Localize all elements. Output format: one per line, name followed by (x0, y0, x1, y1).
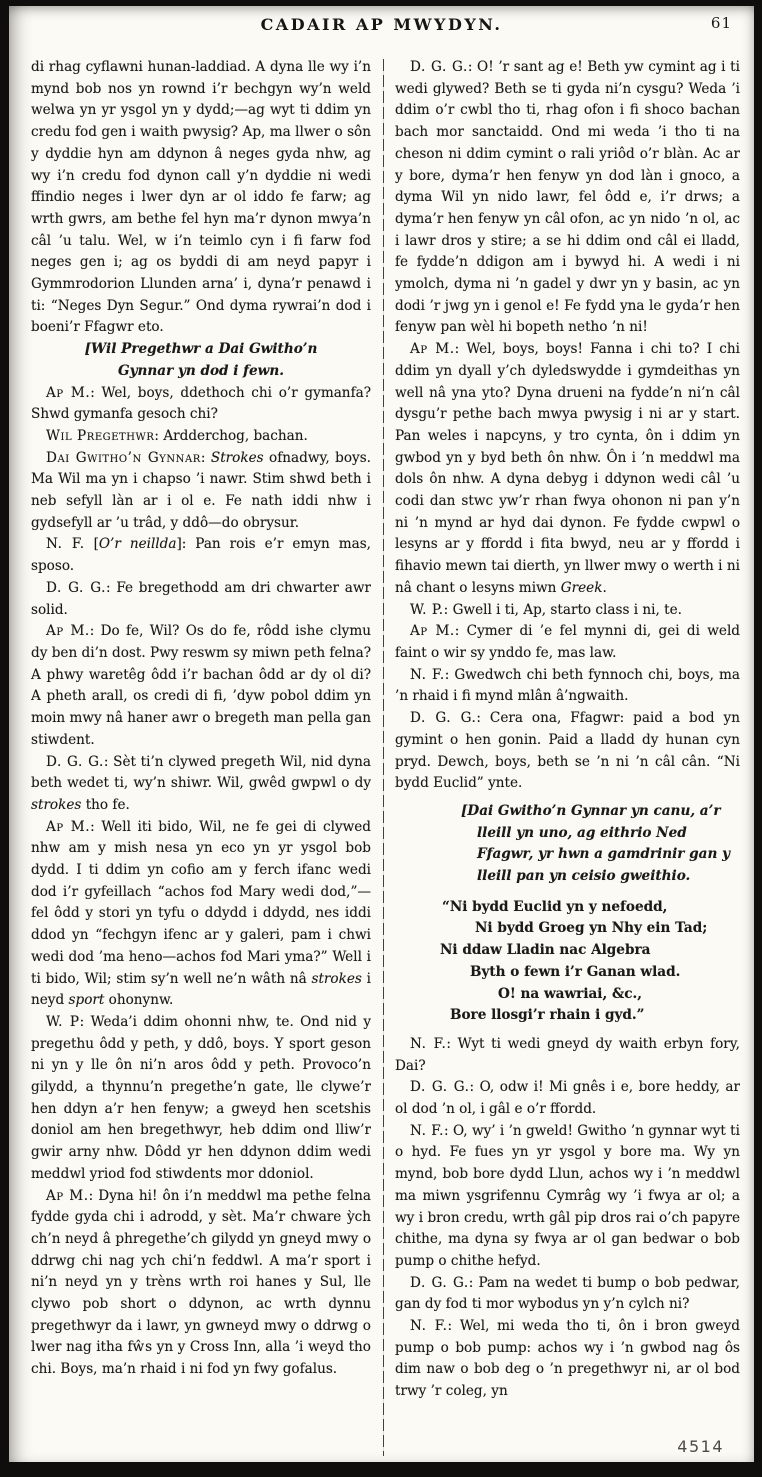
speaker-label: N. F. (410, 1318, 447, 1334)
dialogue-paragraph: D. G. G.: Cera ona, Ffagwr: paid a bod y… (395, 708, 740, 795)
speaker-label: Ap M. (410, 623, 455, 639)
page-title: CADAIR AP MWYDYN. (9, 15, 754, 34)
dialogue-paragraph: N. F.: Wel, mi weda tho ti, ôn i bron gw… (395, 1316, 740, 1403)
page-number: 61 (711, 14, 732, 32)
speaker-label: D. G. G. (410, 710, 476, 726)
speaker-label: Dai Gwitho’n Gynnar (46, 450, 201, 466)
dialogue-text: : Do fe, Wil? Os do fe, rôdd ishe clymu … (31, 623, 371, 748)
speaker-label: W. P (46, 1014, 80, 1030)
speaker-label: D. G. G. (410, 1079, 470, 1095)
speaker-label: Ap M. (46, 385, 90, 401)
scanned-page-background: CADAIR AP MWYDYN. 61 di rhag cyflawni hu… (0, 0, 762, 1477)
speaker-label: W. P. (410, 602, 444, 618)
dialogue-paragraph: D. G. G.: Pam na wedet ti bump o bob ped… (395, 1273, 740, 1316)
dialogue-text: : O! ’r sant ag e! Beth yw cymint ag i t… (395, 59, 740, 335)
speaker-label: N. F. (410, 667, 445, 683)
speaker-label: D. G. G. (46, 754, 104, 770)
dialogue-text: : Weda’i ddim ohonni nhw, te. Ond nid y … (31, 1014, 371, 1182)
verse-line: Ni bydd Groeg yn Nhy ein Tad; (435, 918, 740, 940)
dialogue-paragraph: Ap M.: Dyna hi! ôn i’n meddwl ma pethe f… (31, 1186, 371, 1381)
speaker-label: Ap M. (46, 819, 90, 835)
verse-line: Ni ddaw Lladin nac Algebra (435, 940, 740, 962)
dialogue-text: : Dyna hi! ôn i’n meddwl ma pethe felna … (31, 1188, 371, 1378)
dialogue-paragraph: Ap M.: Well iti bido, Wil, ne fe gei di … (31, 817, 371, 1012)
speaker-label: Ap M. (410, 341, 455, 357)
dialogue-paragraph: N. F. [O’r neillda]: Pan rois e’r emyn m… (31, 534, 371, 577)
page-header: CADAIR AP MWYDYN. 61 (9, 6, 754, 51)
continuation-paragraph: di rhag cyflawni hunan-laddiad. A dyna l… (31, 57, 371, 339)
stage-direction: [Dai Gwitho’n Gynnar yn canu, a’r lleill… (395, 801, 740, 888)
verse-line: “Ni bydd Euclid yn y nefoedd, (435, 897, 740, 919)
left-column: di rhag cyflawni hunan-laddiad. A dyna l… (31, 57, 371, 1462)
dialogue-paragraph: Ap M.: Wel, boys, boys! Fanna i chi to? … (395, 339, 740, 599)
dialogue-text: : Wel, boys, boys! Fanna i chi to? I chi… (395, 341, 740, 596)
verse-line: Byth o fewn i’r Ganan wlad. (435, 962, 740, 984)
text-columns: di rhag cyflawni hunan-laddiad. A dyna l… (9, 51, 754, 1462)
dialogue-paragraph: D. G. G.: O! ’r sant ag e! Beth yw cymin… (395, 57, 740, 339)
dialogue-paragraph: Ap M.: Cymer di ’e fel mynni di, gei di … (395, 621, 740, 664)
dialogue-text: : O, wy’ i ’n gweld! Gwitho ’n gynnar wy… (395, 1123, 740, 1269)
speaker-label: D. G. G. (410, 1275, 469, 1291)
dialogue-paragraph: N. F.: Wyt ti wedi gneyd dy waith erbyn … (395, 1034, 740, 1077)
stage-direction: [Wil Pregethwr a Dai Gwitho’n Gynnar yn … (31, 339, 371, 382)
dialogue-paragraph: W. P: Weda’i ddim ohonni nhw, te. Ond ni… (31, 1012, 371, 1186)
speaker-label: Ap M. (46, 1188, 89, 1204)
speaker-label: N. F. (46, 536, 85, 552)
right-column: D. G. G.: O! ’r sant ag e! Beth yw cymin… (395, 57, 740, 1462)
verse: “Ni bydd Euclid yn y nefoedd, Ni bydd Gr… (435, 897, 740, 1027)
dialogue-text: : Gwell i ti, Ap, starto class i ni, te. (444, 602, 682, 618)
dialogue-paragraph: W. P.: Gwell i ti, Ap, starto class i ni… (395, 600, 740, 622)
dialogue-paragraph: Ap M.: Wel, boys, ddethoch chi o’r gyman… (31, 383, 371, 426)
dialogue-paragraph: D. G. G.: Sèt ti’n clywed pregeth Wil, n… (31, 752, 371, 817)
document-page: CADAIR AP MWYDYN. 61 di rhag cyflawni hu… (9, 6, 754, 1462)
speaker-label: N. F. (410, 1036, 446, 1052)
dialogue-paragraph: Dai Gwitho’n Gynnar: Strokes ofnadwy, bo… (31, 448, 371, 535)
scan-number: 4514 (677, 1437, 724, 1456)
speaker-label: N. F. (410, 1123, 444, 1139)
dialogue-paragraph: D. G. G.: O, odw i! Mi gnês i e, bore he… (395, 1077, 740, 1120)
column-divider (383, 59, 384, 1456)
dialogue-paragraph: N. F.: Gwedwch chi beth fynnoch chi, boy… (395, 665, 740, 708)
verse-line: Bore llosgi’r rhain i gyd.” (435, 1005, 740, 1027)
speaker-label: D. G. G. (410, 59, 468, 75)
dialogue-text: : Wyt ti wedi gneyd dy waith erbyn fory,… (395, 1036, 740, 1074)
dialogue-text: : Gwedwch chi beth fynnoch chi, boys, ma… (395, 667, 740, 705)
dialogue-paragraph: Ap M.: Do fe, Wil? Os do fe, rôdd ishe c… (31, 621, 371, 751)
verse-line: O! na wawriai, &c., (435, 984, 740, 1006)
speaker-label: Ap M. (46, 623, 90, 639)
speaker-label: D. G. G. (46, 580, 106, 596)
speaker-label: Wil Pregethwr (46, 428, 154, 444)
dialogue-text: : Well iti bido, Wil, ne fe gei di clywe… (31, 819, 371, 1009)
dialogue-paragraph: D. G. G.: Fe bregethodd am dri chwarter … (31, 578, 371, 621)
dialogue-text: : Ardderchog, bachan. (154, 428, 307, 444)
dialogue-paragraph: N. F.: O, wy’ i ’n gweld! Gwitho ’n gynn… (395, 1121, 740, 1273)
dialogue-text: : Wel, mi weda tho ti, ôn i bron gweyd p… (395, 1318, 740, 1399)
dialogue-paragraph: Wil Pregethwr: Ardderchog, bachan. (31, 426, 371, 448)
